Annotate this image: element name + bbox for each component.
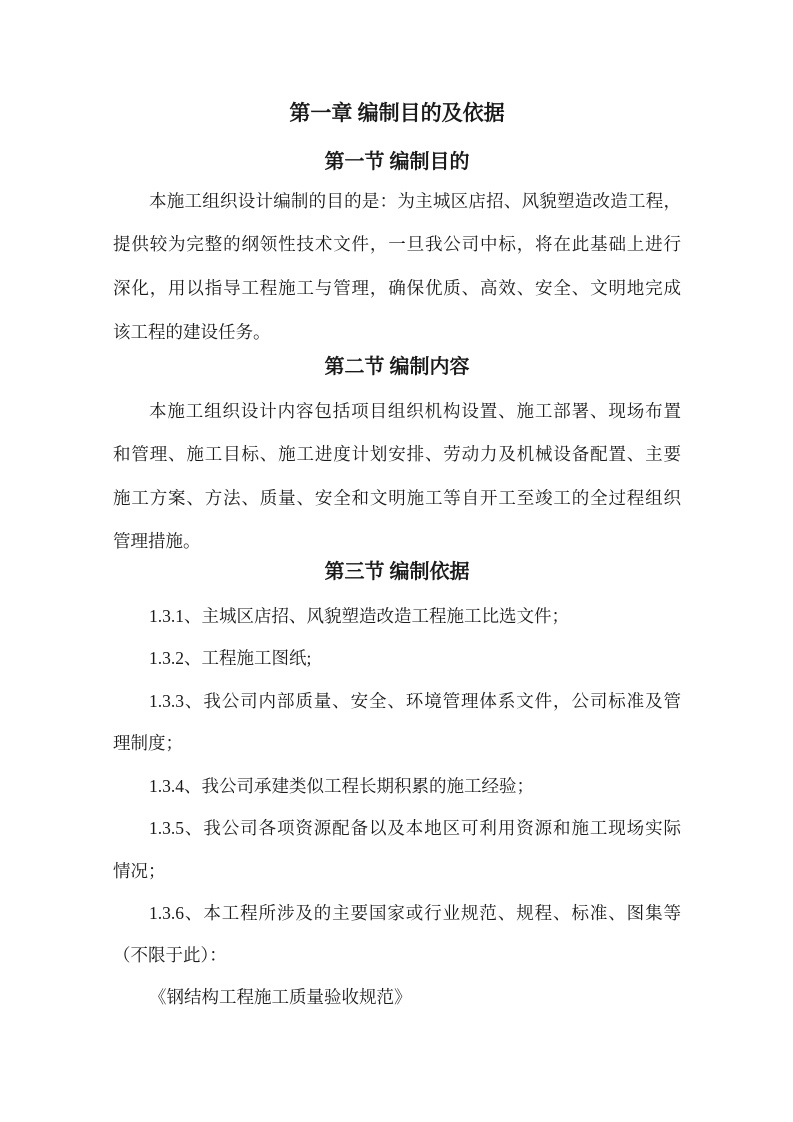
section-1-paragraph-line: 深化，用以指导工程施工与管理，确保优质、高效、安全、文明地完成	[113, 275, 681, 301]
section-1-heading: 第一节 编制目的	[113, 149, 681, 175]
list-item-line: 1.3.1、主城区店招、风貌塑造改造工程施工比选文件；	[113, 603, 681, 629]
section-2-paragraph-line: 施工方案、方法、质量、安全和文明施工等自开工至竣工的全过程组织	[113, 485, 681, 511]
list-item-line: 理制度；	[113, 730, 681, 756]
list-item-line: 1.3.5、我公司各项资源配备以及本地区可利用资源和施工现场实际	[113, 815, 681, 841]
section-1-paragraph-line: 本施工组织设计编制的目的是：为主城区店招、风貌塑造改造工程，	[113, 188, 681, 214]
section-2-paragraph-line: 和管理、施工目标、施工进度计划安排、劳动力及机械设备配置、主要	[113, 441, 681, 467]
list-item-line: 1.3.4、我公司承建类似工程长期积累的施工经验；	[113, 773, 681, 799]
section-2-paragraph-line: 管理措施。	[113, 528, 681, 554]
list-item-line: （不限于此）：	[113, 942, 681, 968]
list-item-line: 情况；	[113, 858, 681, 884]
section-3-heading: 第三节 编制依据	[113, 559, 681, 585]
list-item-line: 1.3.2、工程施工图纸;	[113, 645, 681, 671]
chapter-heading: 第一章 编制目的及依据	[113, 100, 681, 126]
list-item-line: 1.3.3、我公司内部质量、安全、环境管理体系文件，公司标准及管	[113, 688, 681, 714]
document-page: 第一章 编制目的及依据 第一节 编制目的 本施工组织设计编制的目的是：为主城区店…	[0, 0, 793, 1122]
section-2-paragraph-line: 本施工组织设计内容包括项目组织机构设置、施工部署、现场布置	[113, 398, 681, 424]
section-1-paragraph-line: 提供较为完整的纲领性技术文件，一旦我公司中标，将在此基础上进行	[113, 231, 681, 257]
section-2-heading: 第二节 编制内容	[113, 354, 681, 380]
section-1-paragraph-line: 该工程的建设任务。	[113, 319, 681, 345]
list-item-line: 1.3.6、本工程所涉及的主要国家或行业规范、规程、标准、图集等	[113, 900, 681, 926]
list-item-line: 《钢结构工程施工质量验收规范》	[113, 984, 681, 1010]
